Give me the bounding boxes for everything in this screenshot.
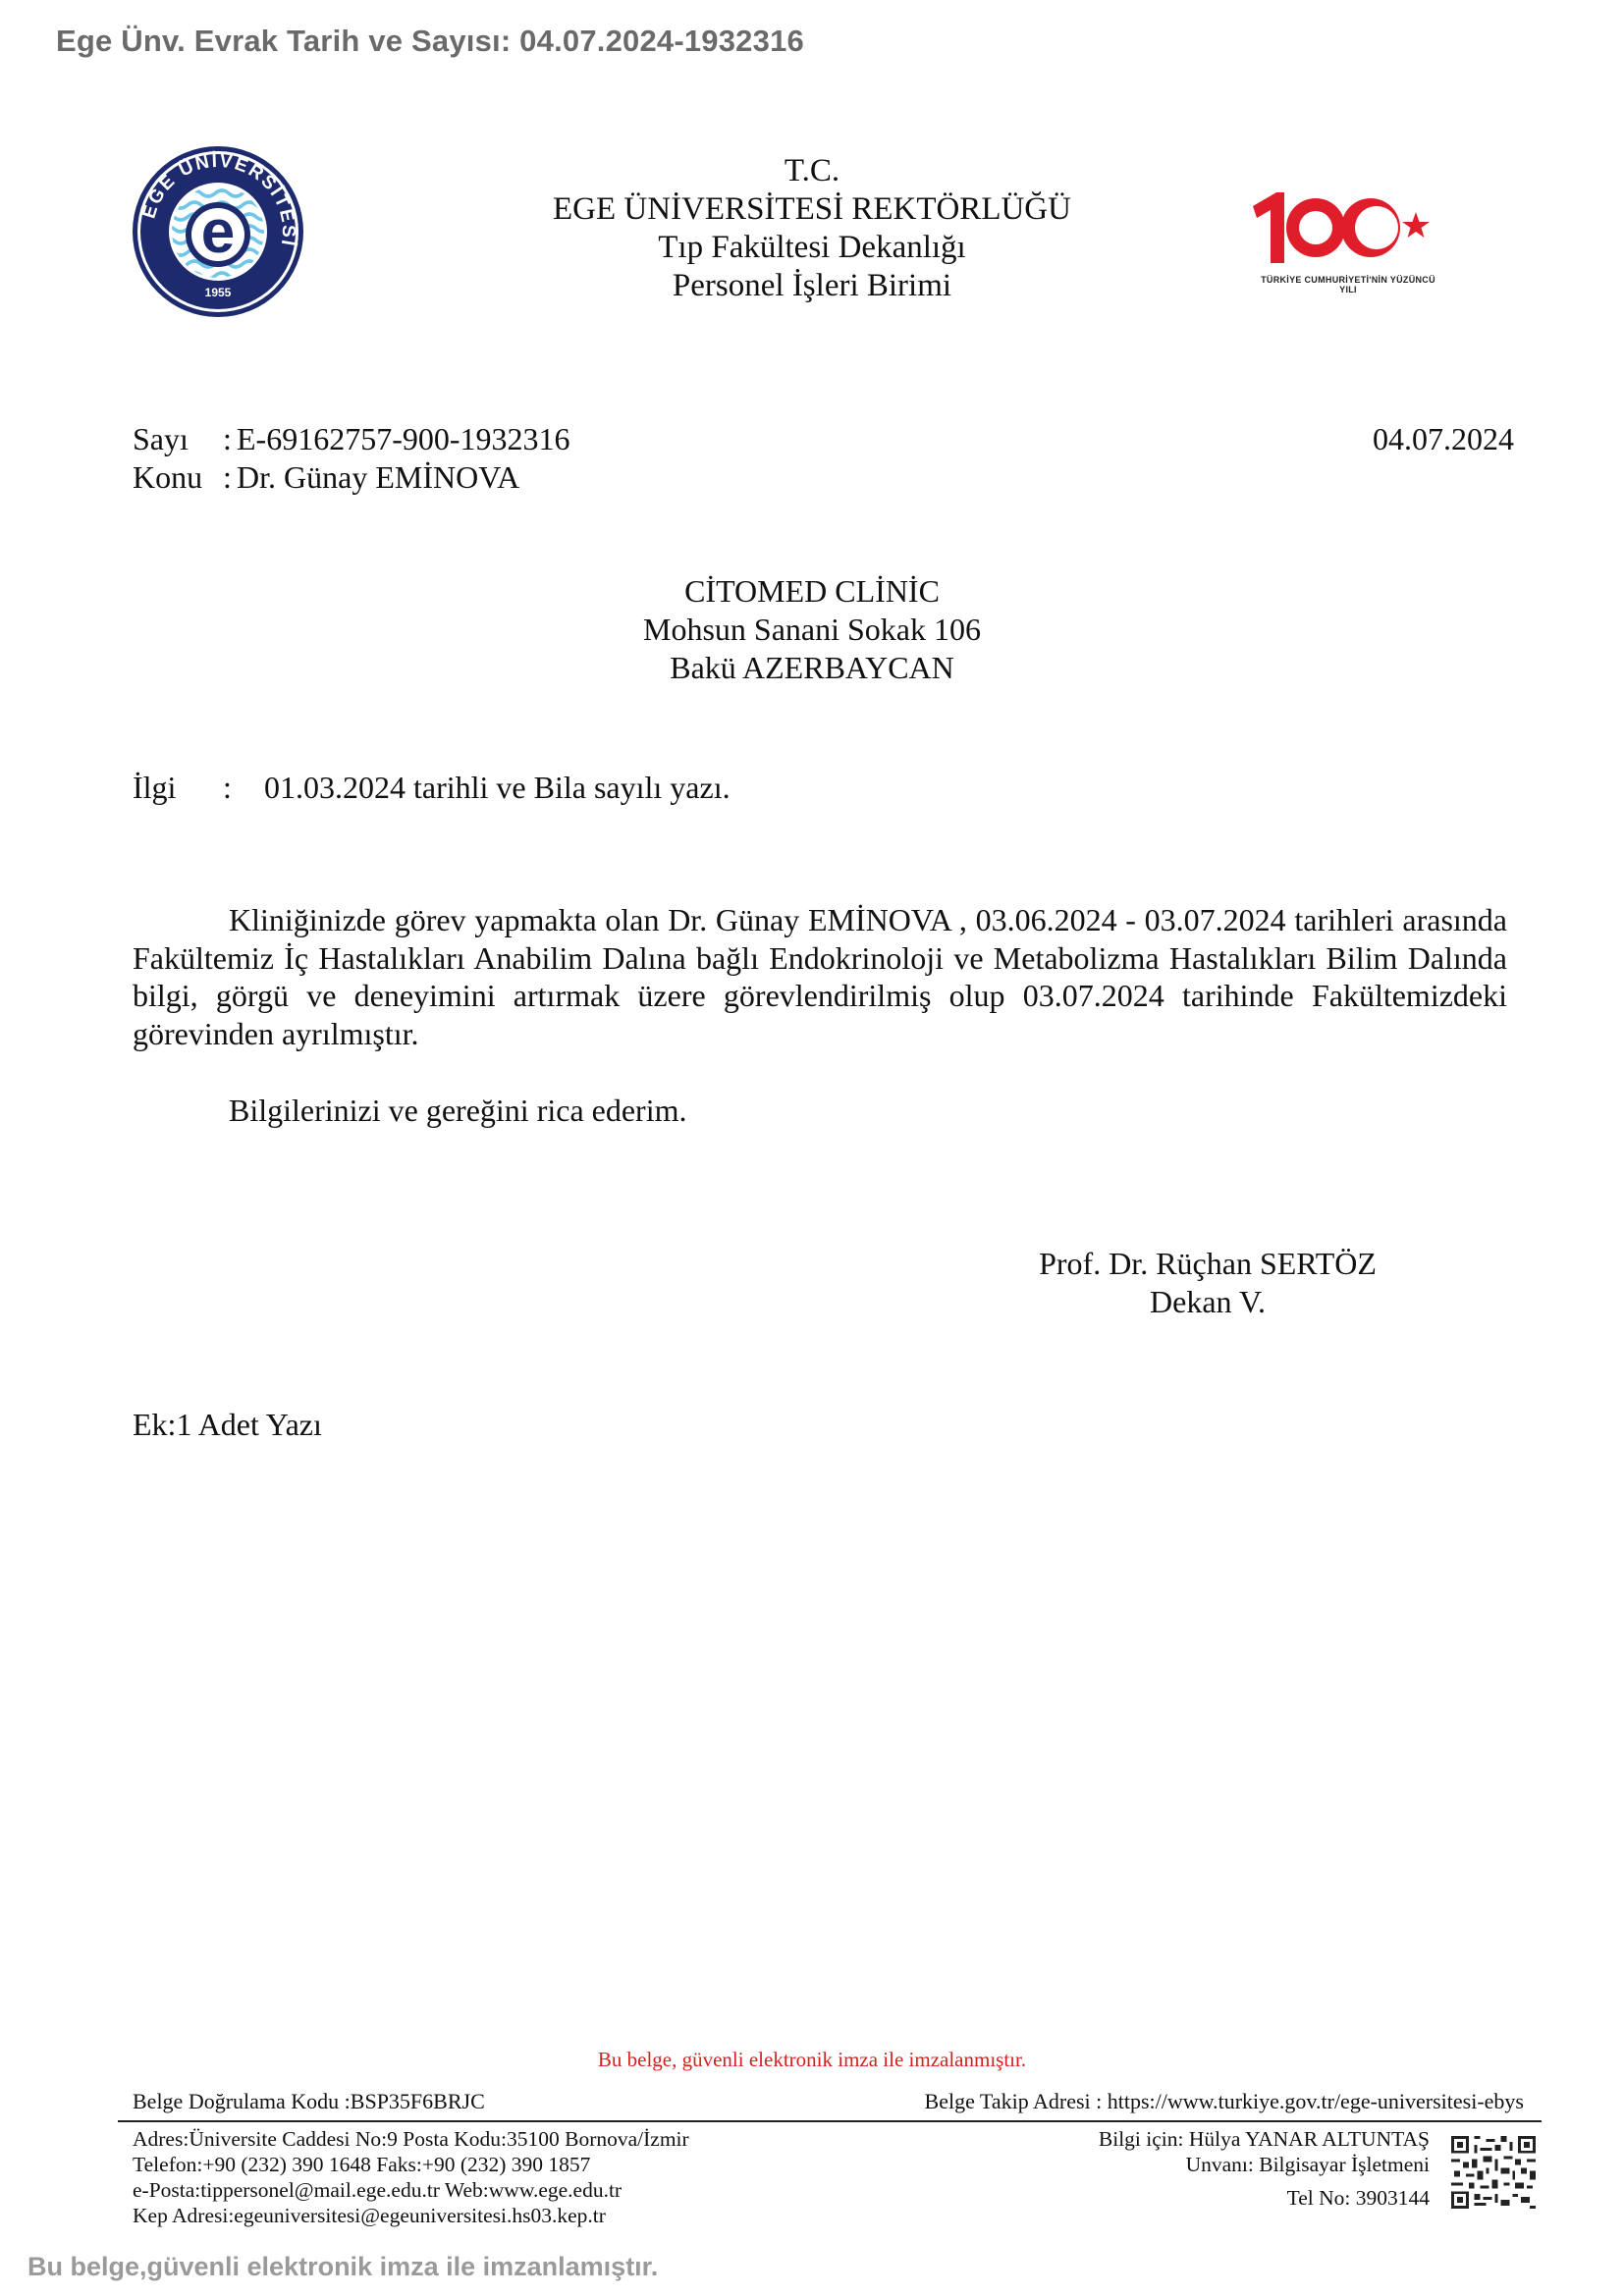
konu-label: Konu: [133, 458, 223, 497]
contact-phone: Tel No: 3903144: [1099, 2185, 1430, 2211]
document-meta: Sayı : E-69162757-900-1932316 Konu : Dr.…: [133, 420, 570, 497]
recipient-line: Mohsun Sanani Sokak 106: [0, 611, 1624, 649]
attachment-note: Ek:1 Adet Yazı: [133, 1406, 322, 1444]
body-paragraph: Kliniğinizde görev yapmakta olan Dr. Gün…: [133, 901, 1507, 1052]
sayi-value: E-69162757-900-1932316: [237, 420, 570, 458]
konu-value: Dr. Günay EMİNOVA: [237, 458, 519, 497]
recipient-address: CİTOMED CLİNİC Mohsun Sanani Sokak 106 B…: [0, 572, 1624, 687]
ilgi-value: 01.03.2024 tarihli ve Bila sayılı yazı.: [264, 769, 731, 807]
sayi-label: Sayı: [133, 420, 223, 458]
qr-code-icon[interactable]: [1451, 2135, 1536, 2210]
document-date: 04.07.2024: [1373, 420, 1514, 458]
letterhead-line: Personel İşleri Birimi: [0, 267, 1624, 305]
contact-person: Bilgi için: Hülya YANAR ALTUNTAŞ: [1099, 2126, 1430, 2152]
contact-title: Unvanı: Bilgisayar İşletmeni: [1099, 2152, 1430, 2177]
verification-code: Belge Doğrulama Kodu :BSP35F6BRJC: [133, 2089, 485, 2114]
separator: :: [223, 769, 264, 807]
letterhead-line: T.C.: [0, 152, 1624, 190]
letter-body: Kliniğinizde görev yapmakta olan Dr. Gün…: [133, 901, 1507, 1052]
footer-divider: [118, 2120, 1542, 2122]
letterhead: T.C. EGE ÜNİVERSİTESİ REKTÖRLÜĞÜ Tıp Fak…: [0, 152, 1624, 305]
document-stamp-top: Ege Ünv. Evrak Tarih ve Sayısı: 04.07.20…: [56, 24, 804, 59]
signature-block: Prof. Dr. Rüçhan SERTÖZ Dekan V.: [1011, 1245, 1404, 1321]
letterhead-line: Tıp Fakültesi Dekanlığı: [0, 229, 1624, 267]
ilgi-label: İlgi: [133, 769, 223, 807]
closing-sentence: Bilgilerinizi ve gereğini rica ederim.: [229, 1092, 686, 1130]
kep-line[interactable]: Kep Adresi:egeuniversitesi@egeuniversite…: [133, 2203, 689, 2228]
tracking-address-link[interactable]: Belge Takip Adresi : https://www.turkiye…: [925, 2089, 1524, 2114]
address-line: Adres:Üniversite Caddesi No:9 Posta Kodu…: [133, 2126, 689, 2152]
signatory-title: Dekan V.: [1011, 1283, 1404, 1321]
reference-line: İlgi : 01.03.2024 tarihli ve Bila sayılı…: [133, 769, 731, 807]
letterhead-line: EGE ÜNİVERSİTESİ REKTÖRLÜĞÜ: [0, 190, 1624, 229]
separator: :: [223, 458, 237, 497]
contact-info: Bilgi için: Hülya YANAR ALTUNTAŞ Unvanı:…: [1099, 2126, 1430, 2211]
signatory-name: Prof. Dr. Rüçhan SERTÖZ: [1011, 1245, 1404, 1283]
separator: :: [223, 420, 237, 458]
esignature-notice: Bu belge, güvenli elektronik imza ile im…: [0, 2048, 1624, 2072]
recipient-line: Bakü AZERBAYCAN: [0, 649, 1624, 687]
institution-address: Adres:Üniversite Caddesi No:9 Posta Kodu…: [133, 2126, 689, 2228]
email-line[interactable]: e-Posta:tippersonel@mail.ege.edu.tr Web:…: [133, 2177, 689, 2203]
phone-line: Telefon:+90 (232) 390 1648 Faks:+90 (232…: [133, 2152, 689, 2177]
document-stamp-bottom: Bu belge,güvenli elektronik imza ile imz…: [27, 2252, 658, 2282]
recipient-line: CİTOMED CLİNİC: [0, 572, 1624, 611]
